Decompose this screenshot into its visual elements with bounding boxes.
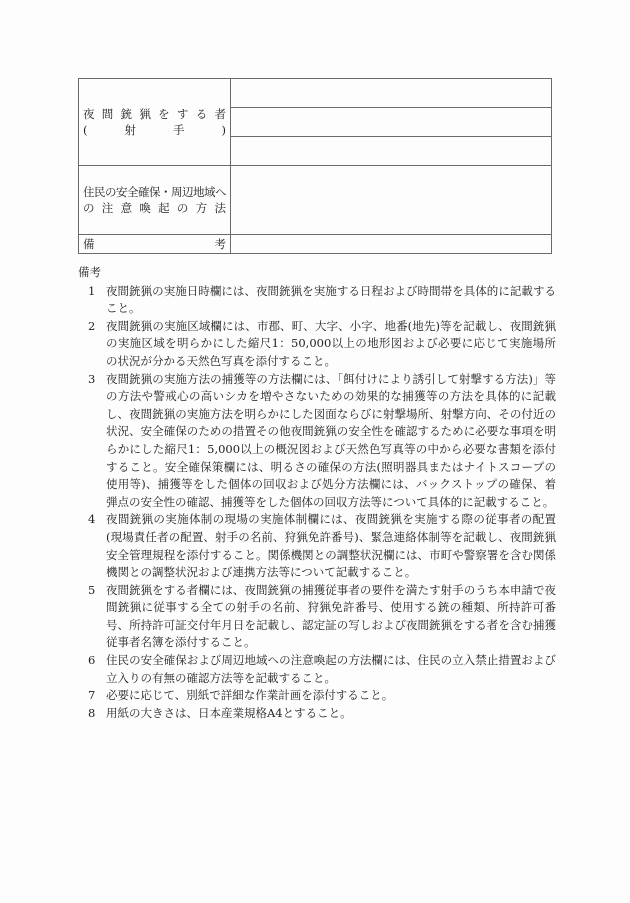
shooter-entry-1[interactable] [231, 79, 552, 108]
notes-title: 備考 [78, 264, 556, 282]
note-item: 4夜間銃猟の実施体制の現場の実施体制欄には、夜間銃猟を実施する際の従事者の配置(… [88, 511, 556, 581]
safety-method-entry[interactable] [231, 166, 552, 235]
shooter-label-cell: 夜間銃猟をする者 (射手) [79, 79, 231, 166]
note-item: 8用紙の大きさは、日本産業規格A4とすること。 [88, 705, 556, 723]
notes-section: 備考 1夜間銃猟の実施日時欄には、夜間銃猟を実施する日程および時間帯を具体的に記… [78, 264, 556, 722]
shooter-label-line2: (射手) [79, 122, 230, 138]
note-item: 6住民の安全確保および周辺地域への注意喚起の方法欄には、住民の立入禁止措置および… [88, 652, 556, 687]
note-item: 5夜間銃猟をする者欄には、夜間銃猟の捕獲従事者の要件を満たす射手のうち本申請で夜… [88, 582, 556, 652]
application-form-table: 夜間銃猟をする者 (射手) 住民の安全確保・周辺地域へ の注意喚起の方法 備考 [78, 78, 552, 254]
shooter-label-line1: 夜間銃猟をする者 [79, 106, 230, 122]
safety-label-line1: 住民の安全確保・周辺地域へ [79, 184, 230, 200]
remarks-label-cell: 備考 [79, 235, 231, 254]
note-item: 7必要に応じて、別紙で詳細な作業計画を添付すること。 [88, 687, 556, 705]
remarks-entry[interactable] [231, 235, 552, 254]
note-item: 3夜間銃猟の実施方法の捕獲等の方法欄には、「餌付けにより誘引して射撃する方法)」… [88, 371, 556, 512]
shooter-entry-2[interactable] [231, 108, 552, 137]
safety-label-line2: の注意喚起の方法 [79, 200, 230, 216]
shooter-entry-3[interactable] [231, 137, 552, 166]
note-item: 2夜間銃猟の実施区域欄には、市郡、町、大字、小字、地番(地先)等を記載し、夜間銃… [88, 318, 556, 371]
safety-method-label-cell: 住民の安全確保・周辺地域へ の注意喚起の方法 [79, 166, 231, 235]
note-item: 1夜間銃猟の実施日時欄には、夜間銃猟を実施する日程および時間帯を具体的に記載する… [88, 283, 556, 318]
